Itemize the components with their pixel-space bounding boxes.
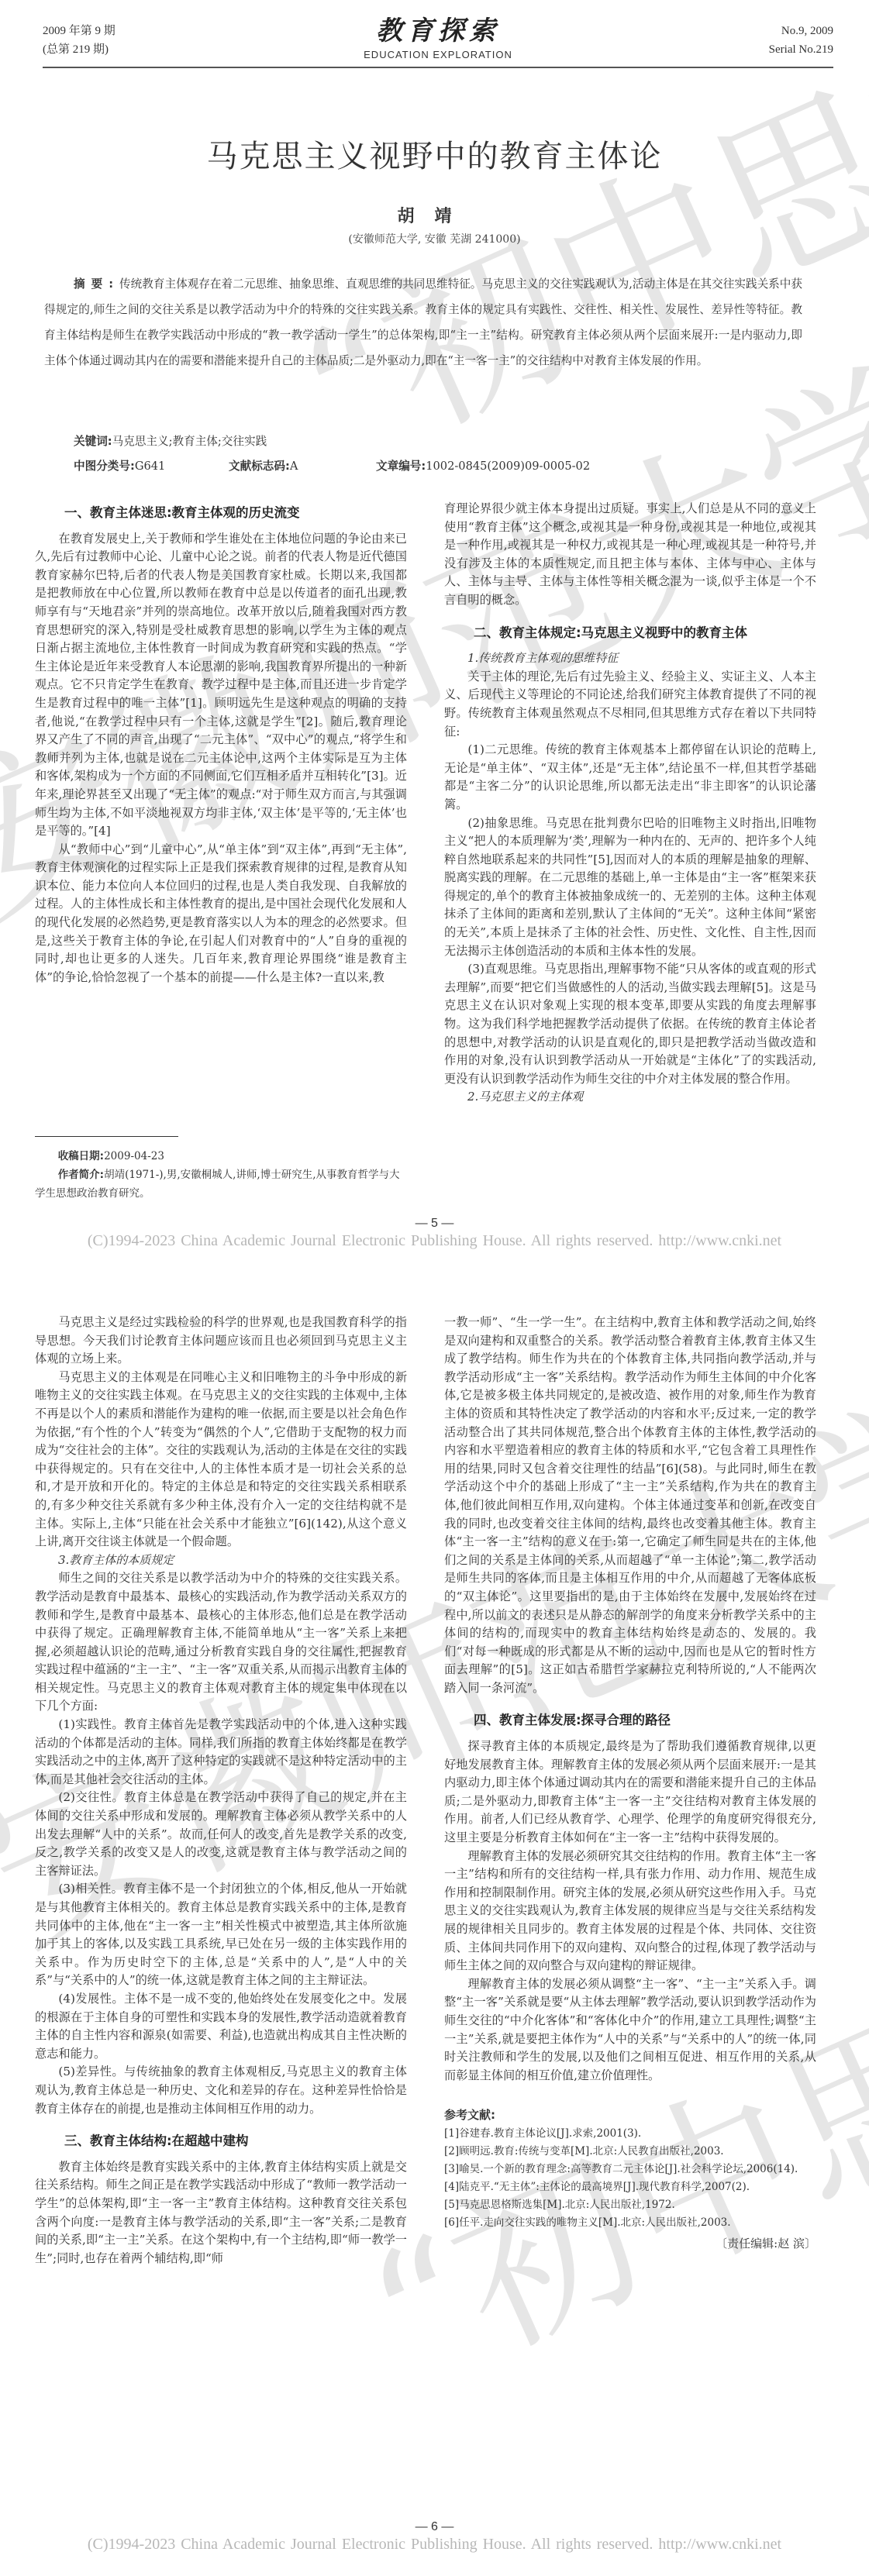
footnote-divider [35,1136,178,1137]
paragraph: (1)二元思维。传统的教育主体观基本上都停留在认识论的范畴上,无论是“单主体”、… [444,741,816,814]
doc-code-label: 文献标志码: [229,460,290,473]
copyright-notice: (C)1994-2023 China Academic Journal Elec… [0,1232,869,1250]
doc-code-value: A [290,460,298,473]
paragraph: (4)发展性。主体不是一成不变的,他始终处在发展变化之中。发展的根源在于主体自身… [35,1990,407,2063]
page-number: — 6 — [0,2520,869,2534]
paragraph: 探寻教育主体的本质规定,最终是为了帮助我们遵循教育规律,以更好地发展教育主体。理… [444,1737,816,1848]
reference-item: [5]马克思恩格斯选集[M].北京:人民出版社,1972. [444,2196,816,2214]
subsection-heading: 3.教育主体的本质规定 [35,1551,407,1570]
reference-item: [6]任平.走向交往实践的唯物主义[M].北京:人民出版社,2003. [444,2214,816,2232]
paragraph: 理解教育主体的发展必须研究其交往结构的作用。教育主体“主一客一主”结构和所有的交… [444,1848,816,1975]
page2-right-column: 一教一师”、“生一学一生”。在主结构中,教育主体和教学活动之间,始终是双向建构和… [444,1314,816,2254]
serial-number: Serial No.219 [769,40,833,59]
paragraph: 在教育发展史上,关于教师和学生谁处在主体地位问题的争论由来已久,先后有过教师中心… [35,530,407,841]
article-no-label: 文章编号: [376,460,426,473]
issue-number: No.9, 2009 [769,22,833,40]
page1-left-column: 一、教育主体迷思:教育主体观的历史流变 在教育发展史上,关于教师和学生谁处在主体… [35,490,407,987]
section-heading-2: 二、教育主体规定:马克思主义视野中的教育主体 [444,624,816,642]
received-label: 收稿日期: [58,1150,104,1162]
journal-logo-text: 教育探索 [43,15,833,46]
reference-item: [4]陆克平.“无主体”:主体论的最高境界[J].现代教育科学,2007(2). [444,2178,816,2196]
paragraph: 师生之间的交往关系是以教学活动为中介的特殊的交往实践关系。教学活动是教育中最基本… [35,1569,407,1716]
page-1: “初中思想政治课 安徽师范大学 2009 年第 9 期 (总第 219 期) 教… [0,0,869,1271]
responsible-editor: 〔责任编辑:赵 滨〕 [444,2235,816,2254]
subsection-heading: 1.传统教育主体观的思维特征 [444,649,816,668]
paragraph: 马克思主义是经过实践检验的科学的世界观,也是我国教育科学的指导思想。今天我们讨论… [35,1314,407,1369]
paragraph: (3)直观思维。马克思指出,理解事物不能“只从客体的或直观的形式去理解”,而要“… [444,960,816,1088]
keywords: 关键词:马克思主义;教育主体;交往实践 [74,432,267,449]
reference-item: [1]谷建春.教育主体论议[J].求索,2001(3). [444,2125,816,2143]
paragraph: (2)抽象思维。马克思在批判费尔巴哈的旧唯物主义时指出,旧唯物主义“把人的本质理… [444,814,816,961]
issue-info-en: No.9, 2009 Serial No.219 [769,22,833,59]
section-heading-1: 一、教育主体迷思:教育主体观的历史流变 [35,504,407,522]
page2-left-column: 马克思主义是经过实践检验的科学的世界观,也是我国教育科学的指导思想。今天我们讨论… [35,1314,407,2268]
abstract-label: 摘要: [74,277,119,291]
keywords-value: 马克思主义;教育主体;交往实践 [112,435,267,448]
paragraph: 理解教育主体的发展必须从调整“主一客”、“主一主”关系入手。调整“主一客”关系就… [444,1975,816,2085]
paragraph: 马克思主义的主体观是在同唯心主义和旧唯物主的斗争中形成的新唯物主义的交往实践主体… [35,1369,407,1551]
journal-logo: 教育探索 EDUCATION EXPLORATION [43,15,833,64]
copyright-notice: (C)1994-2023 China Academic Journal Elec… [0,2536,869,2554]
bio-label: 作者简介: [58,1169,104,1181]
footnote: 收稿日期:2009-04-23 作者简介:胡靖(1971-),男,安徽桐城人,讲… [35,1147,407,1203]
page-2: 安徽师范大学 “初中思想政治课 马克思主义是经过实践检验的科学的世界观,也是我国… [0,1271,869,2576]
article-title: 马克思主义视野中的教育主体论 [0,132,869,176]
author-name: 胡靖 [0,203,869,227]
journal-subtitle: EDUCATION EXPLORATION [43,46,833,64]
paragraph: 关于主体的理论,先后有过先验主义、经验主义、实证主义、人本主义、后现代主义等理论… [444,668,816,741]
paragraph: (3)相关性。教育主体不是一个封闭独立的个体,相反,他从一开始就是与其他教育主体… [35,1880,407,1990]
page-number: — 5 — [0,1217,869,1231]
journal-header: 2009 年第 9 期 (总第 219 期) 教育探索 EDUCATION EX… [43,15,833,68]
clc-label: 中图分类号: [74,460,135,473]
clc-value: G641 [135,460,166,473]
paragraph: (1)实践性。教育主体首先是教学实践活动中的个体,进入这种实践活动的个体都是活动… [35,1716,407,1789]
section-heading-3: 三、教育主体结构:在超越中建构 [35,2132,407,2151]
article-no-value: 1002-0845(2009)09-0005-02 [426,460,590,473]
references-title: 参考文献: [444,2106,816,2125]
classification-line: 中图分类号:G641文献标志码:A文章编号:1002-0845(2009)09-… [74,457,590,474]
subsection-heading: 2.马克思主义的主体观 [444,1088,816,1107]
paragraph: 教育主体始终是教育实践关系中的主体,教育主体结构实质上就是交往关系结构。师生之间… [35,2158,407,2268]
section-heading-4: 四、教育主体发展:探寻合理的路径 [444,1711,816,1730]
paragraph: (2)交往性。教育主体总是在教学活动中获得了自己的规定,并在主体间的交往关系中形… [35,1789,407,1880]
paragraph: (5)差异性。与传统抽象的教育主体观相反,马克思主义的教育主体观认为,教育主体总… [35,2063,407,2118]
abstract: 摘要:传统教育主体观存在着二元思维、抽象思维、直观思维的共同思维特征。马克思主义… [44,271,802,374]
page1-right-column: 育理论界很少就主体本身提出过质疑。事实上,人们总是从不同的意义上使用“教育主体”… [444,500,816,1107]
paragraph: 一教一师”、“生一学一生”。在主结构中,教育主体和教学活动之间,始终是双向建构和… [444,1314,816,1697]
affiliation: (安徽师范大学, 安徽 芜湖 241000) [0,231,869,246]
keywords-label: 关键词: [74,435,112,448]
reference-item: [3]喻昊.一个新的教育理念:高等教育二元主体论[J].社会科学论坛,2006(… [444,2161,816,2178]
abstract-text: 传统教育主体观存在着二元思维、抽象思维、直观思维的共同思维特征。马克思主义的交往… [44,277,802,367]
paragraph: 育理论界很少就主体本身提出过质疑。事实上,人们总是从不同的意义上使用“教育主体”… [444,500,816,610]
paragraph: 从“教师中心”到“儿童中心”,从“单主体”到“双主体”,再到“无主体”,教育主体… [35,841,407,987]
references-list: [1]谷建春.教育主体论议[J].求索,2001(3). [2]顾明远.教育:传… [444,2125,816,2232]
reference-item: [2]顾明远.教育:传统与变革[M].北京:人民教育出版社,2003. [444,2143,816,2161]
received-date: 2009-04-23 [104,1150,164,1162]
